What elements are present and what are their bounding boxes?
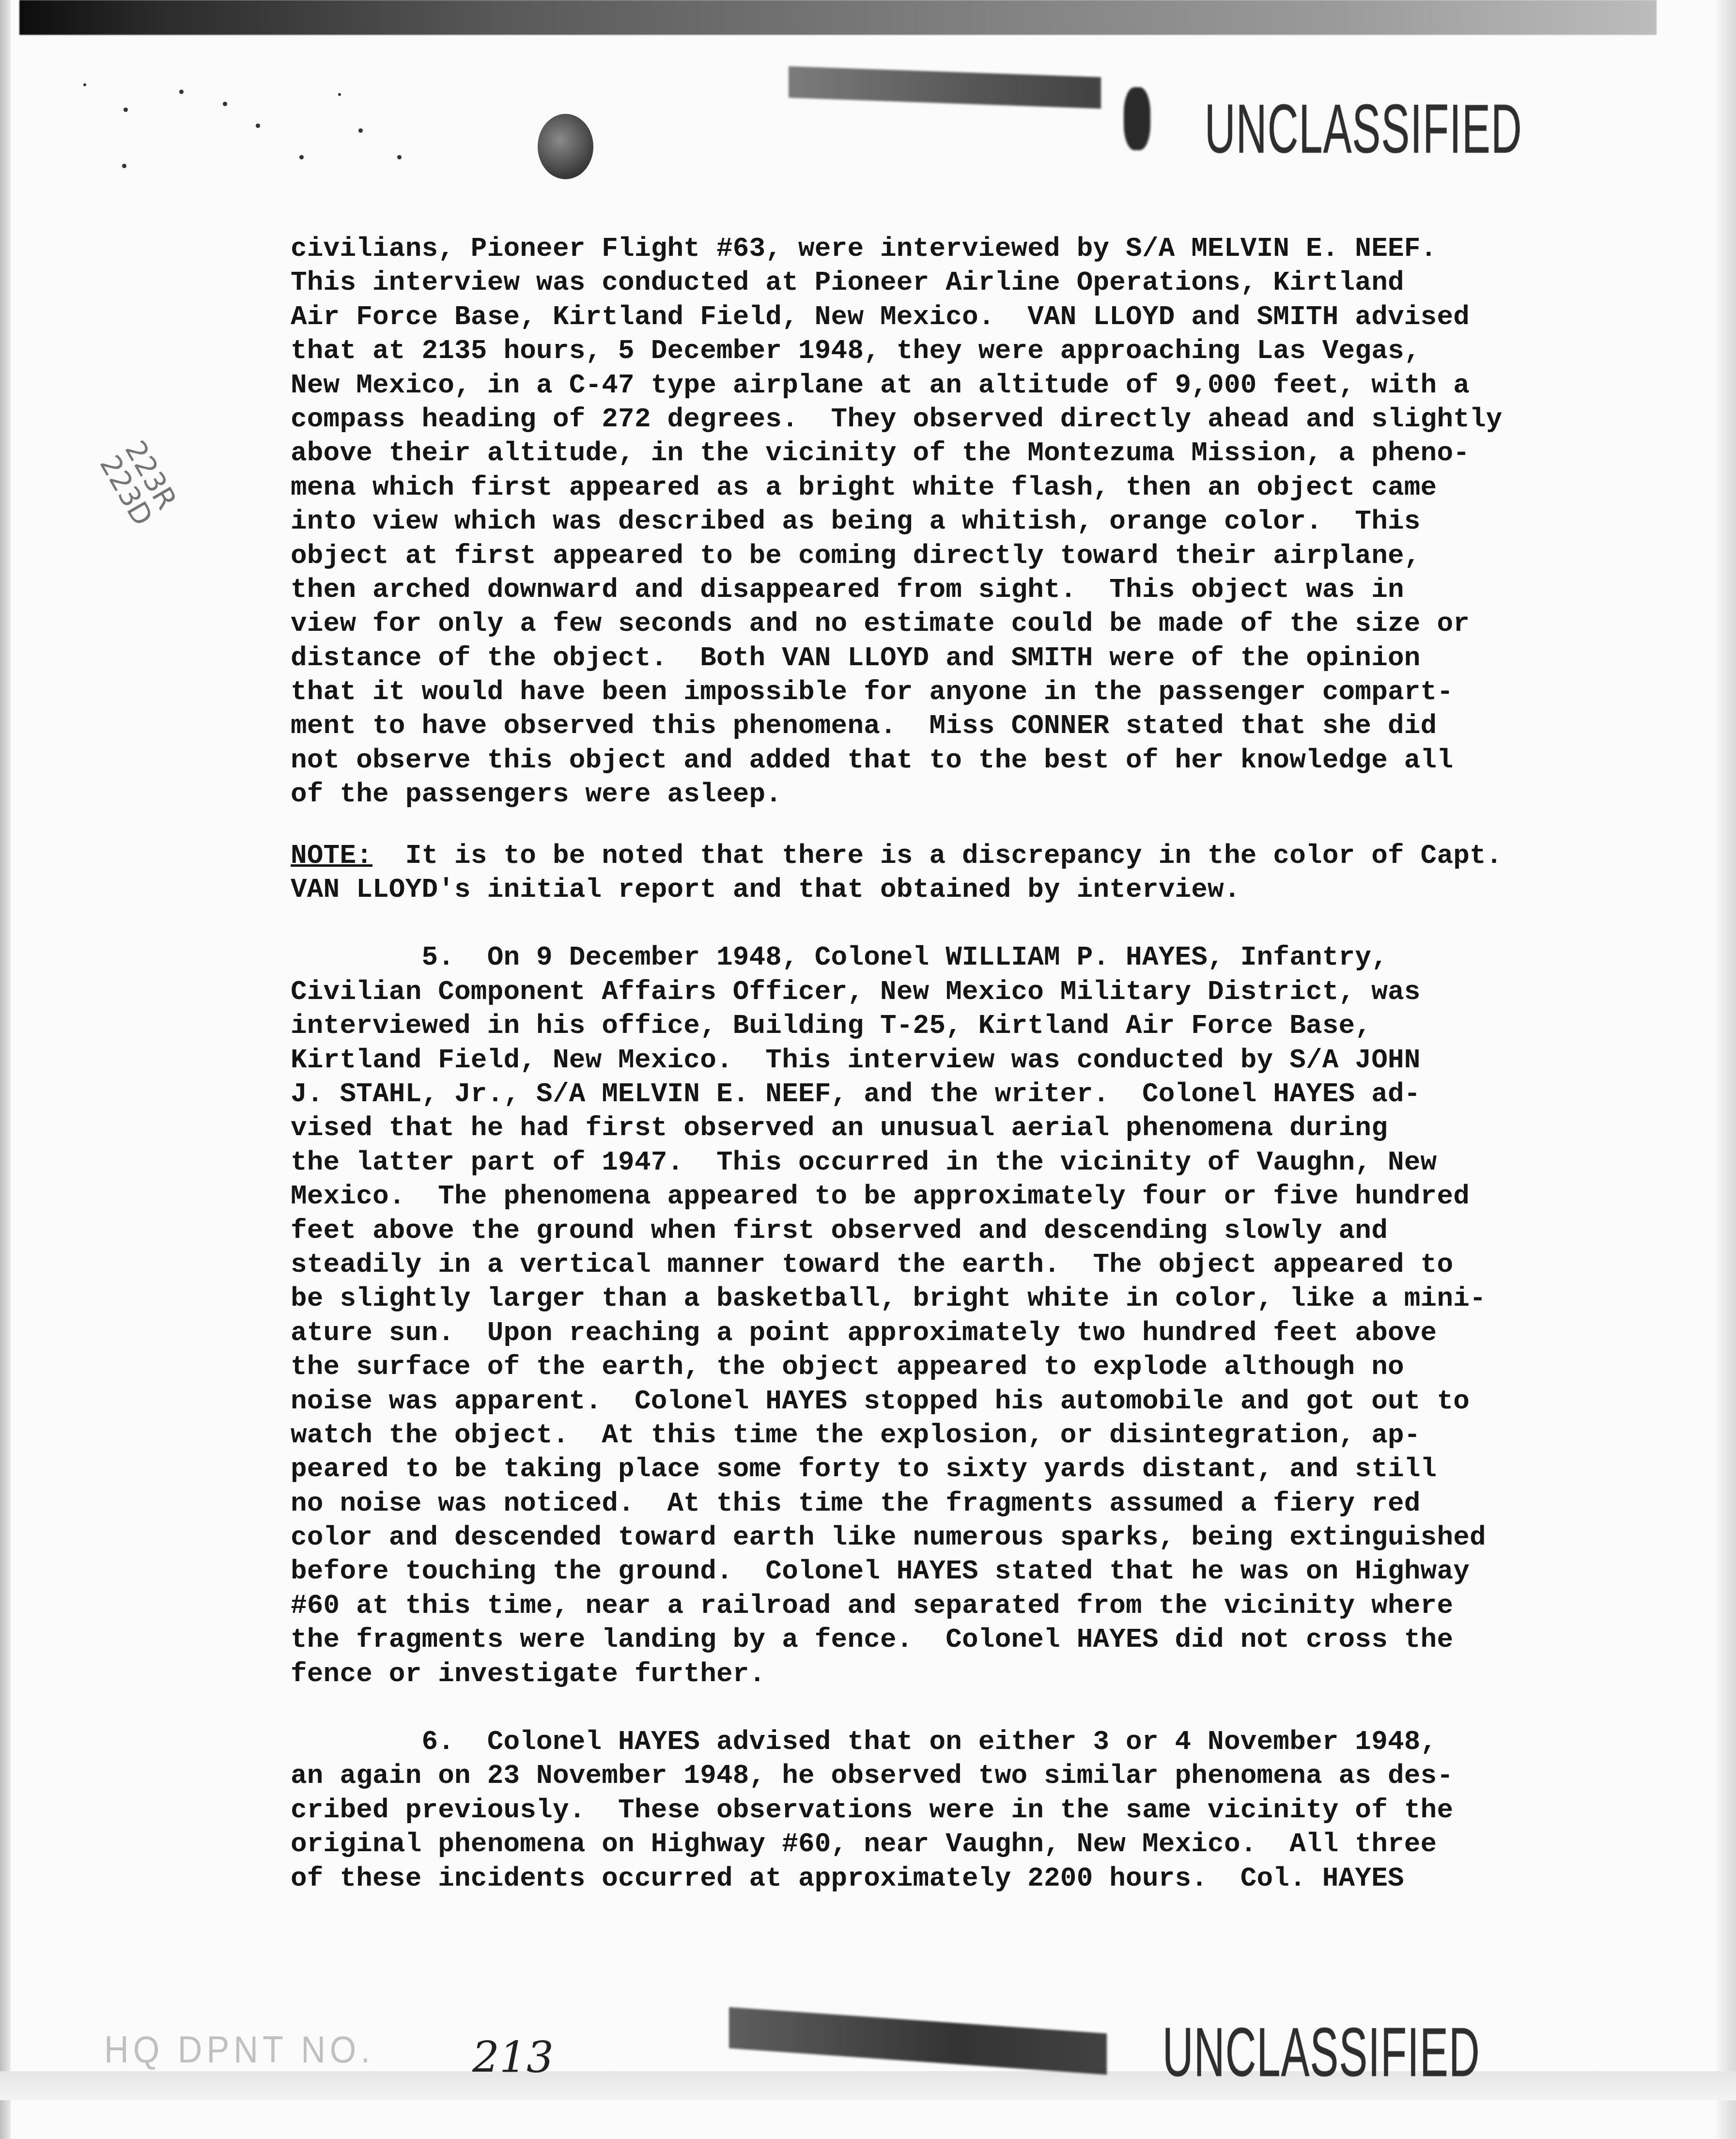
text-line: ature sun. Upon reaching a point approxi… — [291, 1316, 1598, 1350]
text-line: color and descended toward earth like nu… — [291, 1520, 1598, 1554]
text-line: above their altitude, in the vicinity of… — [291, 436, 1598, 470]
text-line: original phenomena on Highway #60, near … — [291, 1827, 1598, 1861]
text-line: the latter part of 1947. This occurred i… — [291, 1145, 1598, 1179]
text-line: of these incidents occurred at approxima… — [291, 1861, 1598, 1895]
text-line: the surface of the earth, the object app… — [291, 1350, 1598, 1384]
text-line: feet above the ground when first observe… — [291, 1214, 1598, 1248]
text-line: before touching the ground. Colonel HAYE… — [291, 1554, 1598, 1588]
speckle-mark — [299, 155, 304, 159]
text-line: Kirtland Field, New Mexico. This intervi… — [291, 1043, 1598, 1077]
text-line: not observe this object and added that t… — [291, 743, 1598, 777]
text-line: peared to be taking place some forty to … — [291, 1452, 1598, 1486]
text-line: that it would have been impossible for a… — [291, 675, 1598, 709]
text-line: of the passengers were asleep. — [291, 777, 1598, 811]
text-line: ment to have observed this phenomena. Mi… — [291, 709, 1598, 743]
text-line: watch the object. At this time the explo… — [291, 1418, 1598, 1452]
text-line: then arched downward and disappeared fro… — [291, 573, 1598, 607]
text-line: that at 2135 hours, 5 December 1948, the… — [291, 334, 1598, 368]
text-line: be slightly larger than a basketball, br… — [291, 1281, 1598, 1315]
paragraph-continued: civilians, Pioneer Flight #63, were inte… — [291, 232, 1598, 812]
text-line: 5. On 9 December 1948, Colonel WILLIAM P… — [291, 940, 1598, 974]
document-number-label: HQ DPNT NO. — [104, 2028, 374, 2072]
margin-annotation: 223R 223D — [95, 436, 183, 531]
scan-left-edge — [0, 0, 11, 2139]
text-line: distance of the object. Both VAN LLOYD a… — [291, 641, 1598, 675]
redaction-bar-top — [789, 66, 1101, 109]
speckle-mark — [256, 124, 260, 128]
text-line: cribed previously. These observations we… — [291, 1793, 1598, 1827]
punch-hole-mark — [538, 114, 593, 179]
document-body: civilians, Pioneer Flight #63, were inte… — [291, 232, 1598, 1895]
note-block: NOTE: It is to be noted that there is a … — [291, 839, 1598, 907]
text-line: J. STAHL, Jr., S/A MELVIN E. NEEF, and t… — [291, 1077, 1598, 1111]
speckle-mark — [179, 90, 184, 94]
speckle-mark — [122, 164, 126, 168]
text-line: Air Force Base, Kirtland Field, New Mexi… — [291, 300, 1598, 334]
text-line: compass heading of 272 degrees. They obs… — [291, 402, 1598, 436]
text-line: Civilian Component Affairs Officer, New … — [291, 975, 1598, 1009]
text-line: NOTE: It is to be noted that there is a … — [291, 839, 1598, 873]
speckle-mark — [397, 155, 402, 159]
text-line: #60 at this time, near a railroad and se… — [291, 1589, 1598, 1623]
scan-top-shadow-band — [19, 0, 1657, 35]
paragraph-spacer — [291, 812, 1598, 839]
text-line: vised that he had first observed an unus… — [291, 1111, 1598, 1145]
text-line: no noise was noticed. At this time the f… — [291, 1486, 1598, 1520]
text-line: into view which was described as being a… — [291, 504, 1598, 538]
redaction-bar-bottom — [729, 2007, 1107, 2075]
text-line: New Mexico, in a C-47 type airplane at a… — [291, 368, 1598, 402]
text-line: noise was apparent. Colonel HAYES stoppe… — [291, 1384, 1598, 1418]
paragraph-6: 6. Colonel HAYES advised that on either … — [291, 1725, 1598, 1895]
text-line: civilians, Pioneer Flight #63, were inte… — [291, 232, 1598, 265]
text-line: object at first appeared to be coming di… — [291, 539, 1598, 573]
paragraph-5: 5. On 9 December 1948, Colonel WILLIAM P… — [291, 940, 1598, 1691]
document-page: UNCLASSIFIED 223R 223D civilians, Pionee… — [0, 0, 1736, 2139]
speckle-mark — [223, 102, 227, 106]
text-line: 6. Colonel HAYES advised that on either … — [291, 1725, 1598, 1759]
text-line: VAN LLOYD's initial report and that obta… — [291, 873, 1598, 906]
note-label: NOTE: — [291, 840, 372, 871]
page-number: 213 — [472, 2032, 554, 2082]
text-line: fence or investigate further. — [291, 1657, 1598, 1691]
text-line: steadily in a vertical manner toward the… — [291, 1248, 1598, 1281]
paragraph-spacer — [291, 1691, 1598, 1725]
scan-right-edge — [1717, 0, 1736, 2139]
classification-stamp-top: UNCLASSIFIED — [1205, 90, 1522, 169]
paragraph-spacer — [291, 906, 1598, 940]
text-line: view for only a few seconds and no estim… — [291, 607, 1598, 640]
text-line: This interview was conducted at Pioneer … — [291, 265, 1598, 299]
classification-stamp-bottom: UNCLASSIFIED — [1162, 2013, 1480, 2092]
text-line: interviewed in his office, Building T-25… — [291, 1009, 1598, 1043]
stamp-blot-top — [1124, 87, 1150, 150]
speckle-mark — [338, 93, 341, 96]
speckle-mark — [358, 128, 363, 133]
note-text: It is to be noted that there is a discre… — [372, 840, 1503, 871]
speckle-mark — [83, 83, 86, 86]
speckle-mark — [124, 108, 128, 112]
text-line: Mexico. The phenomena appeared to be app… — [291, 1179, 1598, 1213]
text-line: mena which first appeared as a bright wh… — [291, 470, 1598, 504]
text-line: the fragments were landing by a fence. C… — [291, 1623, 1598, 1656]
text-line: an again on 23 November 1948, he observe… — [291, 1759, 1598, 1793]
